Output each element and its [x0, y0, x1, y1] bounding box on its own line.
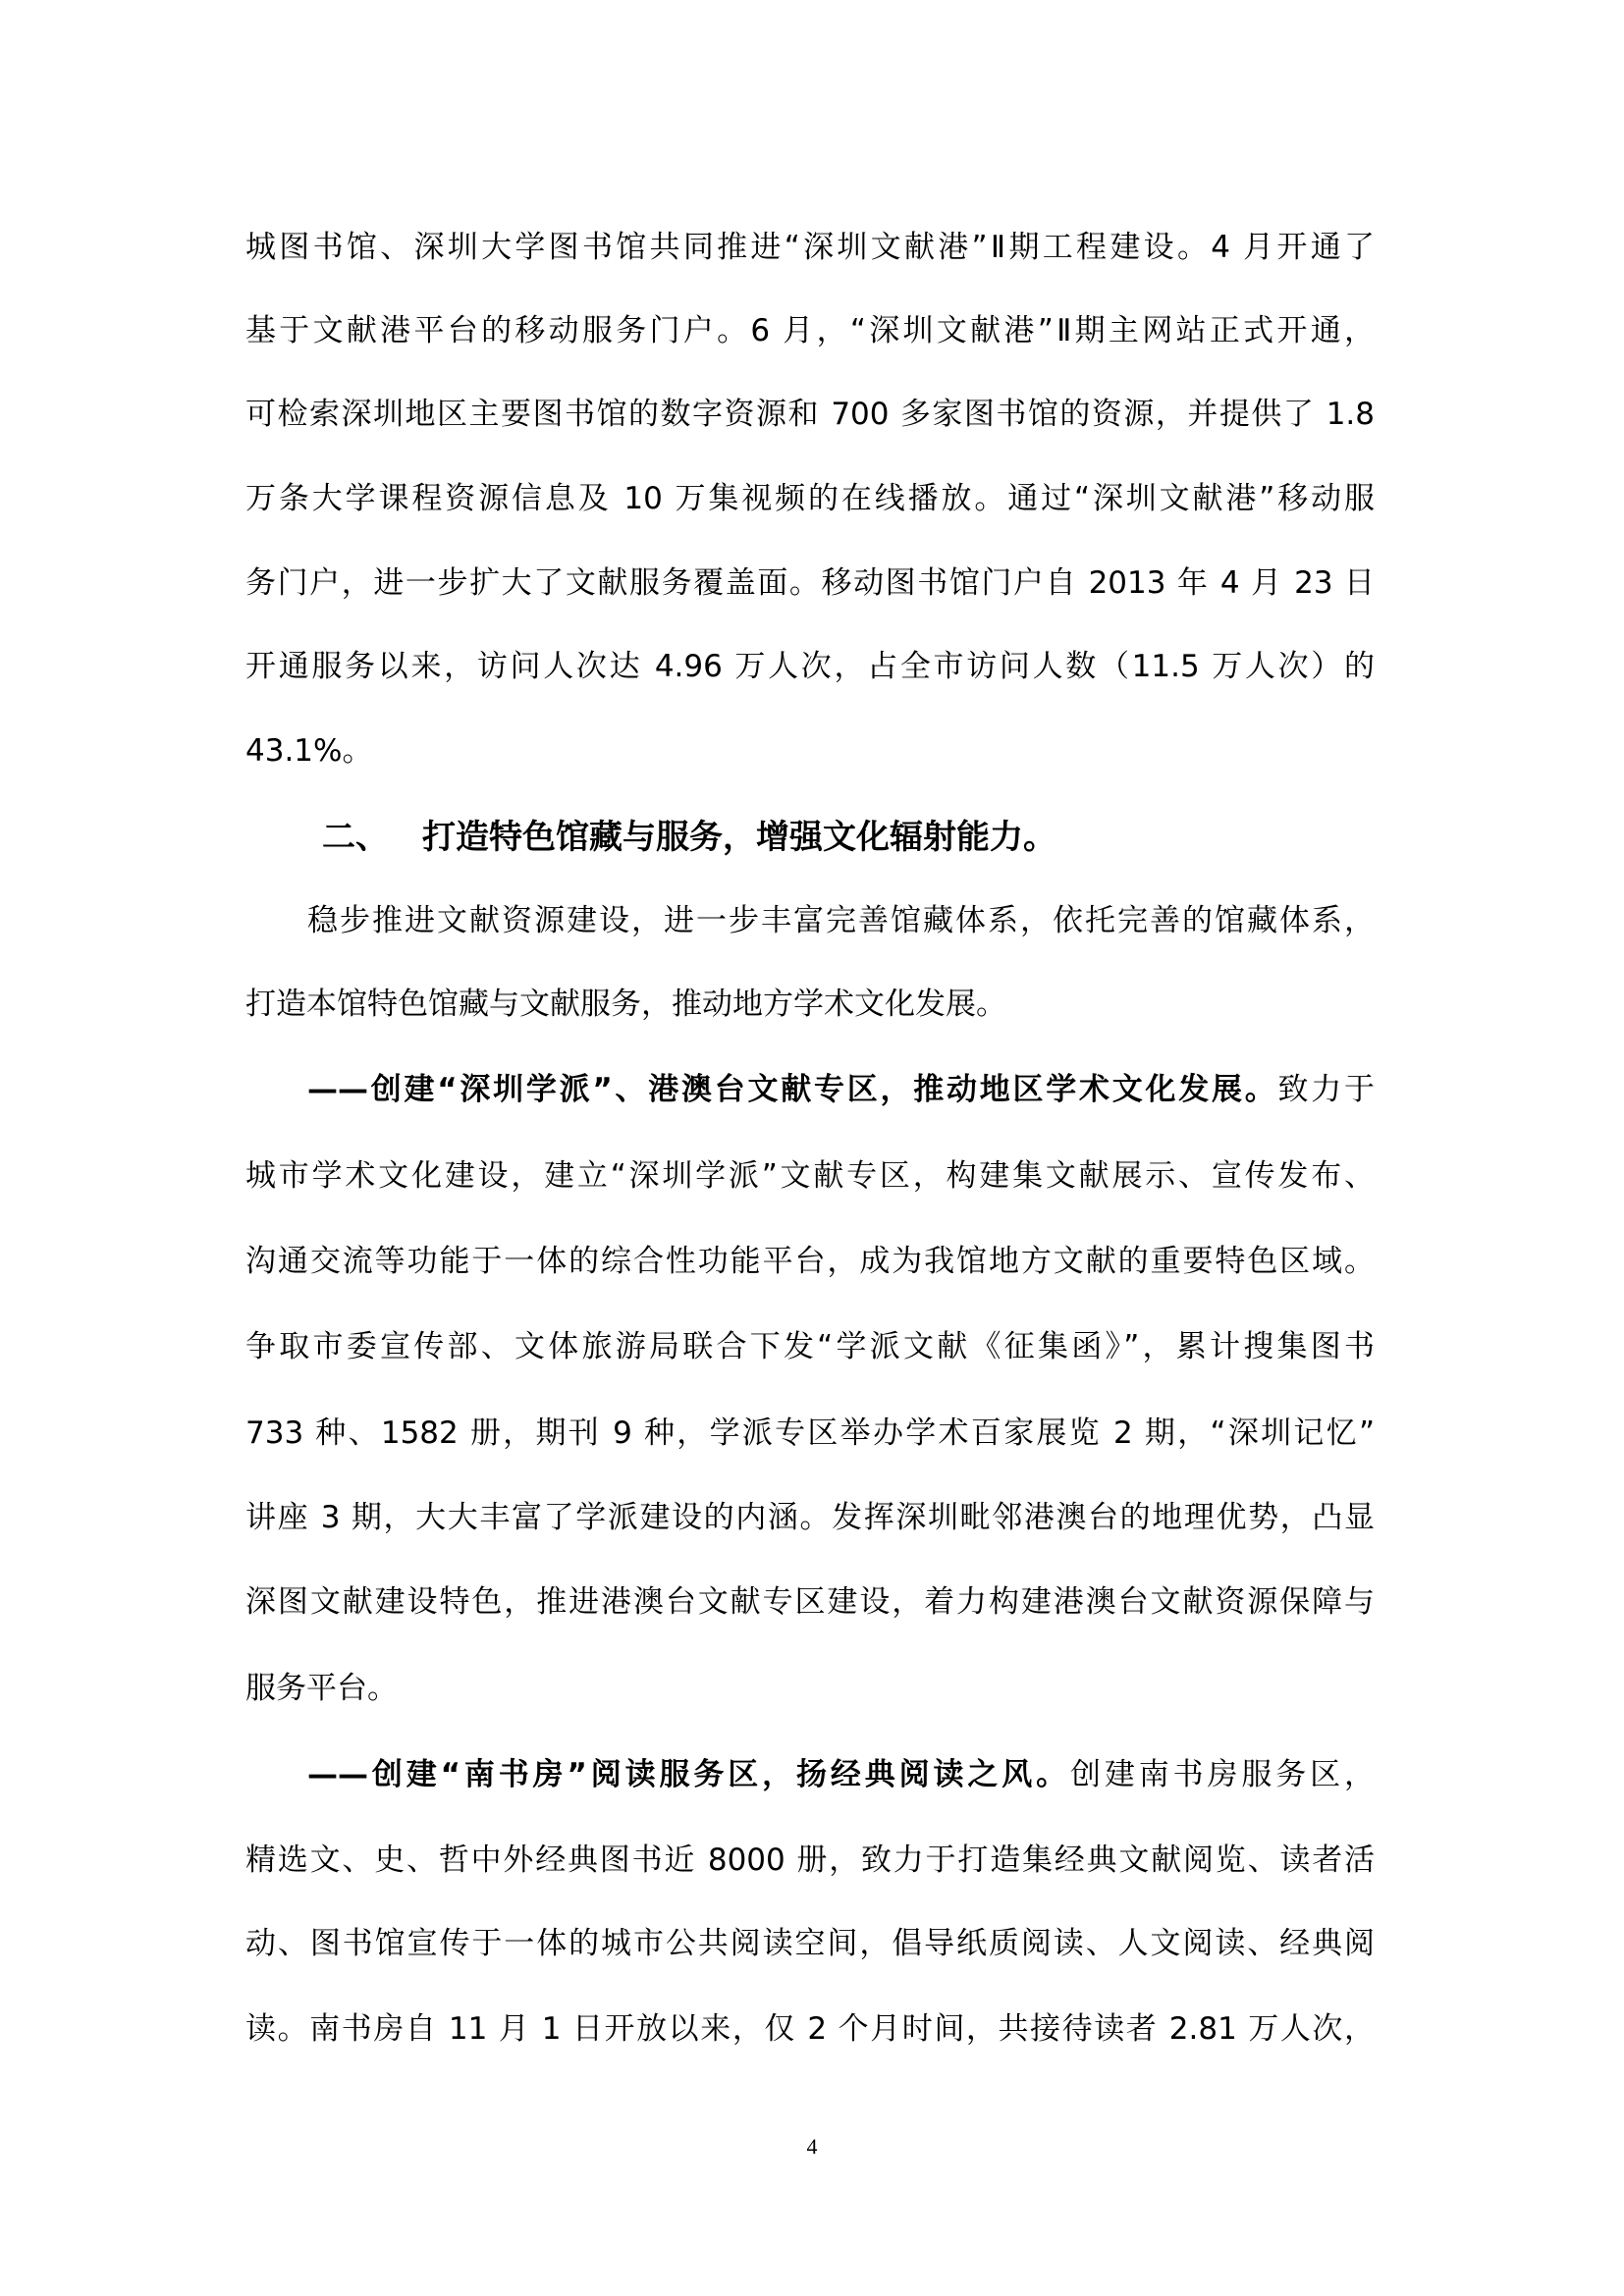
page-number: 4	[0, 2132, 1624, 2162]
section-heading: 二、打造特色馆藏与服务，增强文化辐射能力。	[322, 814, 1056, 861]
paragraph-line: 万条大学课程资源信息及 10 万集视频的在线播放。通过“深圳文献港”移动服	[245, 477, 1375, 520]
bold-lead: ——创建“深圳学派”、港澳台文献专区，推动地区学术文化发展。	[307, 1072, 1278, 1107]
paragraph-line: 可检索深圳地区主要图书馆的数字资源和 700 多家图书馆的资源，并提供了 1.8	[245, 393, 1375, 436]
paragraph-lead-line: ——创建“南书房”阅读服务区，扬经典阅读之风。创建南书房服务区，	[307, 1753, 1375, 1796]
paragraph-line: 读。南书房自 11 月 1 日开放以来，仅 2 个月时间，共接待读者 2.81 …	[245, 2007, 1375, 2051]
paragraph-line: 733 种、1582 册，期刊 9 种，学派专区举办学术百家展览 2 期，“深圳…	[245, 1412, 1375, 1455]
paragraph-line: 争取市委宣传部、文体旅游局联合下发“学派文献《征集函》”，累计搜集图书	[245, 1325, 1375, 1368]
paragraph-line: 精选文、史、哲中外经典图书近 8000 册，致力于打造集经典文献阅览、读者活	[245, 1839, 1375, 1882]
paragraph-lead-line: ——创建“深圳学派”、港澳台文献专区，推动地区学术文化发展。致力于	[307, 1068, 1375, 1111]
paragraph-line: 动、图书馆宣传于一体的城市公共阅读空间，倡导纸质阅读、人文阅读、经典阅	[245, 1922, 1375, 1965]
section-title: 打造特色馆藏与服务，增强文化辐射能力。	[422, 818, 1056, 857]
paragraph-line: 基于文献港平台的移动服务门户。6 月，“深圳文献港”Ⅱ期主网站正式开通，	[245, 309, 1375, 352]
paragraph-line: 城图书馆、深圳大学图书馆共同推进“深圳文献港”Ⅱ期工程建设。4 月开通了	[245, 226, 1375, 269]
paragraph-line: 打造本馆特色馆藏与文献服务，推动地方学术文化发展。	[245, 983, 1375, 1026]
paragraph-line: 城市学术文化建设，建立“深圳学派”文献专区，构建集文献展示、宣传发布、	[245, 1154, 1375, 1198]
paragraph-line: 讲座 3 期，大大丰富了学派建设的内涵。发挥深圳毗邻港澳台的地理优势，凸显	[245, 1496, 1375, 1539]
paragraph-line: 沟通交流等功能于一体的综合性功能平台，成为我馆地方文献的重要特色区域。	[245, 1240, 1375, 1283]
document-page: 城图书馆、深圳大学图书馆共同推进“深圳文献港”Ⅱ期工程建设。4 月开通了 基于文…	[0, 0, 1624, 2296]
lead-rest: 创建南书房服务区，	[1070, 1757, 1375, 1792]
paragraph-line: 43.1%。	[245, 729, 1375, 773]
paragraph-line: 稳步推进文献资源建设，进一步丰富完善馆藏体系，依托完善的馆藏体系，	[307, 899, 1375, 942]
lead-rest: 致力于	[1278, 1072, 1376, 1107]
paragraph-line: 深图文献建设特色，推进港澳台文献专区建设，着力构建港澳台文献资源保障与	[245, 1580, 1375, 1624]
paragraph-line: 开通服务以来，访问人次达 4.96 万人次，占全市访问人数（11.5 万人次）的	[245, 645, 1375, 688]
paragraph-line: 务门户，进一步扩大了文献服务覆盖面。移动图书馆门户自 2013 年 4 月 23…	[245, 561, 1375, 605]
bold-lead: ——创建“南书房”阅读服务区，扬经典阅读之风。	[307, 1757, 1070, 1792]
paragraph-line: 服务平台。	[245, 1667, 1375, 1710]
section-number: 二、	[322, 814, 422, 861]
